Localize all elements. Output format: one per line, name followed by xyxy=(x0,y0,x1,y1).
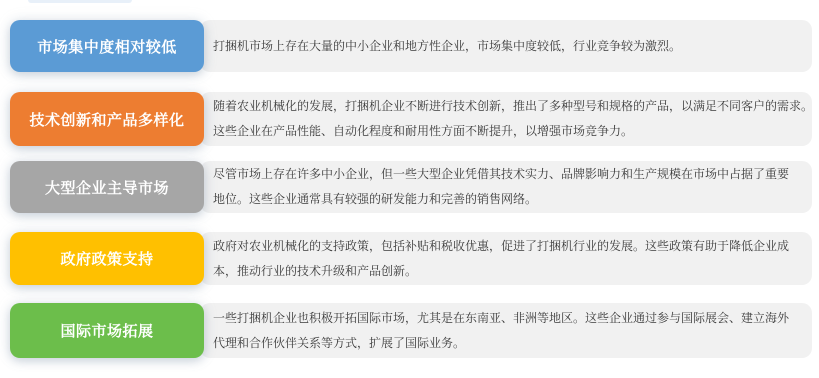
row-description-text: 打捆机市场上存在大量的中小企业和地方性企业，市场集中度较低，行业竞争较为激烈。 xyxy=(213,34,806,59)
top-edge-glow xyxy=(28,0,132,3)
row-description-text: 政府对农业机械化的支持政策，包括补贴和税收优惠，促进了打捆机行业的发展。这些政策… xyxy=(213,234,806,259)
diagram-row-government-policy: 政府对农业机械化的支持政策，包括补贴和税收优惠，促进了打捆机行业的发展。这些政策… xyxy=(0,232,819,285)
row-description-panel: 政府对农业机械化的支持政策，包括补贴和税收优惠，促进了打捆机行业的发展。这些政策… xyxy=(200,232,812,285)
row-label-badge: 政府政策支持 xyxy=(10,232,204,285)
row-description-panel: 打捆机市场上存在大量的中小企业和地方性企业，市场集中度较低，行业竞争较为激烈。 xyxy=(200,20,812,72)
row-description-text: 本，推动行业的技术升级和产品创新。 xyxy=(213,259,806,284)
row-description-panel: 一些打捆机企业也积极开拓国际市场，尤其是在东南亚、非洲等地区。这些企业通过参与国… xyxy=(200,303,812,358)
row-description-text: 地位。这些企业通常具有较强的研发能力和完善的销售网络。 xyxy=(213,187,806,212)
diagram-row-innovation: 随着农业机械化的发展，打捆机企业不断进行技术创新，推出了多种型号和规格的产品，以… xyxy=(0,92,819,146)
row-description-text: 尽管市场上存在许多中小企业，但一些大型企业凭借其技术实力、品牌影响力和生产规模在… xyxy=(213,162,806,187)
diagram-row-large-enterprises: 尽管市场上存在许多中小企业，但一些大型企业凭借其技术实力、品牌影响力和生产规模在… xyxy=(0,161,819,213)
row-label-badge: 大型企业主导市场 xyxy=(10,161,204,213)
row-description-text: 这些企业在产品性能、自动化程度和耐用性方面不断提升，以增强市场竞争力。 xyxy=(213,119,806,144)
row-label-badge: 国际市场拓展 xyxy=(10,303,204,358)
infographic-canvas: 打捆机市场上存在大量的中小企业和地方性企业，市场集中度较低，行业竞争较为激烈。 … xyxy=(0,0,819,378)
row-description-text: 随着农业机械化的发展，打捆机企业不断进行技术创新，推出了多种型号和规格的产品，以… xyxy=(213,94,806,119)
row-description-panel: 随着农业机械化的发展，打捆机企业不断进行技术创新，推出了多种型号和规格的产品，以… xyxy=(200,92,812,146)
row-description-text: 代理和合作伙伴关系等方式，扩展了国际业务。 xyxy=(213,331,806,356)
diagram-row-market-concentration: 打捆机市场上存在大量的中小企业和地方性企业，市场集中度较低，行业竞争较为激烈。 … xyxy=(0,20,819,72)
row-label-badge: 技术创新和产品多样化 xyxy=(10,92,204,146)
row-label-badge: 市场集中度相对较低 xyxy=(10,20,204,72)
diagram-row-international-markets: 一些打捆机企业也积极开拓国际市场，尤其是在东南亚、非洲等地区。这些企业通过参与国… xyxy=(0,303,819,358)
row-description-text: 一些打捆机企业也积极开拓国际市场，尤其是在东南亚、非洲等地区。这些企业通过参与国… xyxy=(213,306,806,331)
row-description-panel: 尽管市场上存在许多中小企业，但一些大型企业凭借其技术实力、品牌影响力和生产规模在… xyxy=(200,161,812,213)
